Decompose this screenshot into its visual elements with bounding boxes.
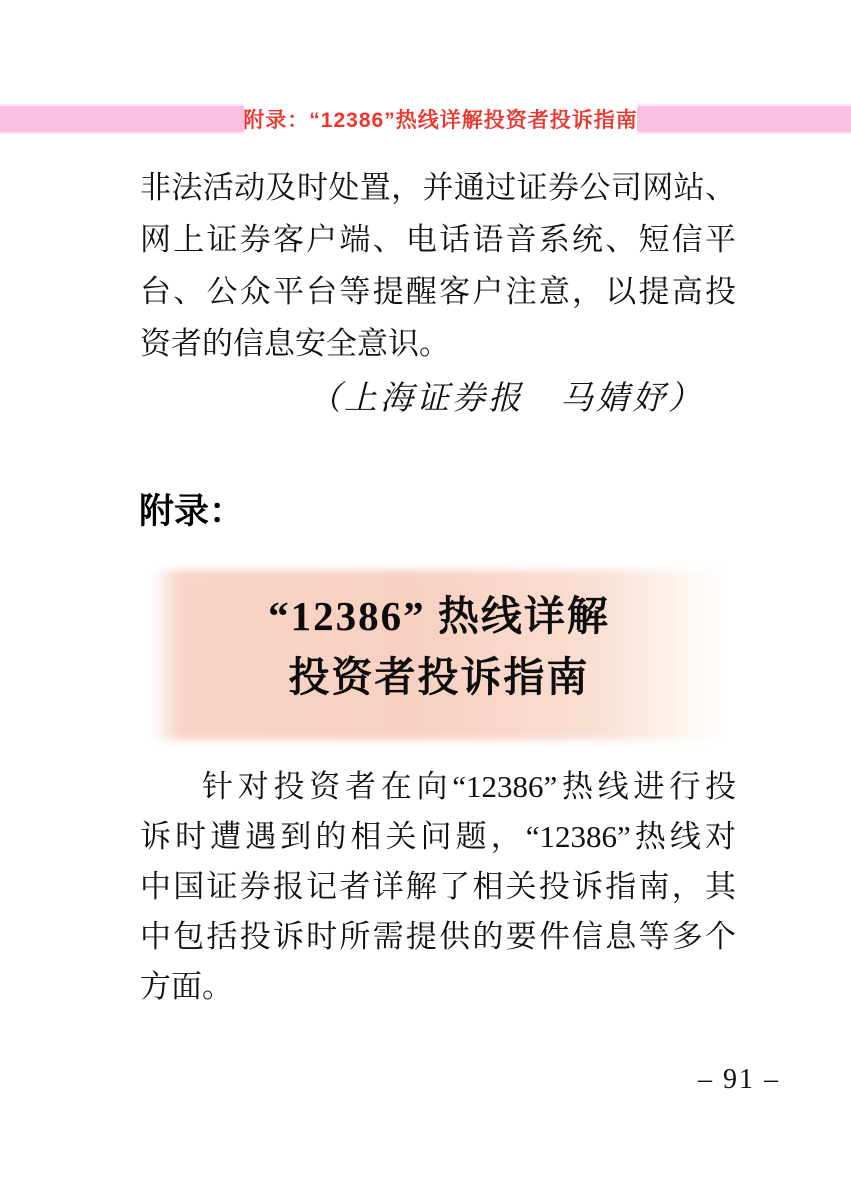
paragraph-2-line-5: 方面。 <box>140 962 736 1012</box>
header-pink-bar-right <box>637 104 851 134</box>
appendix-title-line-1: “12386” 热线详解 <box>152 586 726 647</box>
appendix-label: 附录： <box>139 484 244 534</box>
appendix-title: “12386” 热线详解 投资者投诉指南 <box>152 570 726 708</box>
appendix-title-block: “12386” 热线详解 投资者投诉指南 <box>152 570 726 740</box>
header-title-wrap: 附录：“12386”热线详解投资者投诉指南 <box>244 104 637 134</box>
appendix-title-line-2: 投资者投诉指南 <box>152 647 726 708</box>
paragraph-2-line-1: 针对投资者在向“12386”热线进行投 <box>140 762 736 812</box>
paragraph-1-line-2: 网上证券客户端、电话语音系统、短信平 <box>140 214 736 266</box>
source-attribution: （上海证券报 马婧妤） <box>308 372 704 419</box>
running-header: 附录：“12386”热线详解投资者投诉指南 <box>0 104 851 134</box>
paragraph-2-line-3: 中国证券报记者详解了相关投诉指南，其 <box>140 862 736 912</box>
page-number: – 91 – <box>698 1064 780 1096</box>
paragraph-1-line-4: 资者的信息安全意识。 <box>140 318 736 370</box>
header-pink-bar-left <box>0 104 244 134</box>
paragraph-1-line-3: 台、公众平台等提醒客户注意，以提高投 <box>140 266 736 318</box>
paragraph-2-line-4: 中包括投诉时所需提供的要件信息等多个 <box>140 912 736 962</box>
paragraph-2: 针对投资者在向“12386”热线进行投 诉时遭遇到的相关问题，“12386”热线… <box>140 762 736 1012</box>
paragraph-2-line-2: 诉时遭遇到的相关问题，“12386”热线对 <box>140 812 736 862</box>
book-page: 附录：“12386”热线详解投资者投诉指南 非法活动及时处置，并通过证券公司网站… <box>0 0 851 1189</box>
paragraph-1: 非法活动及时处置，并通过证券公司网站、 网上证券客户端、电话语音系统、短信平 台… <box>140 162 736 370</box>
paragraph-1-line-1: 非法活动及时处置，并通过证券公司网站、 <box>140 162 736 214</box>
running-header-title: 附录：“12386”热线详解投资者投诉指南 <box>243 104 637 134</box>
